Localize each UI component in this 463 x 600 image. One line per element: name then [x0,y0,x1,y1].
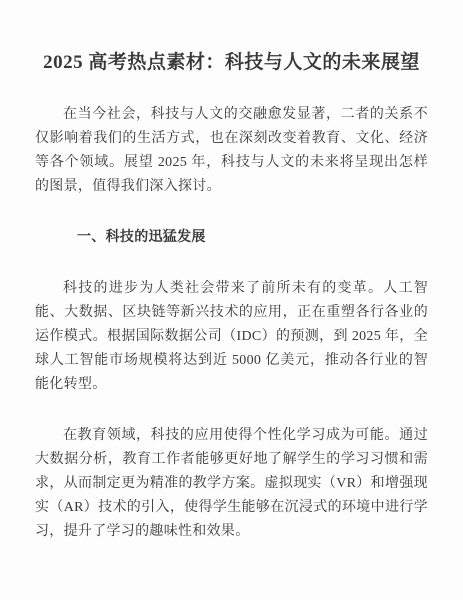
section-heading-tech-development: 一、科技的迅猛发展 [35,226,428,250]
paragraph-intro: 在当今社会，科技与人文的交融愈发显著，二者的关系不仅影响着我们的生活方式，也在深… [35,103,428,199]
document-title: 2025 高考热点素材：科技与人文的未来展望 [35,48,428,77]
document-page: 2025 高考热点素材：科技与人文的未来展望 在当今社会，科技与人文的交融愈发显… [0,0,463,600]
paragraph-tech-progress: 科技的进步为人类社会带来了前所未有的变革。人工智能、大数据、区块链等新兴技术的应… [35,277,428,397]
paragraph-education-field: 在教育领域，科技的应用使得个性化学习成为可能。通过大数据分析，教育工作者能够更好… [35,424,428,544]
